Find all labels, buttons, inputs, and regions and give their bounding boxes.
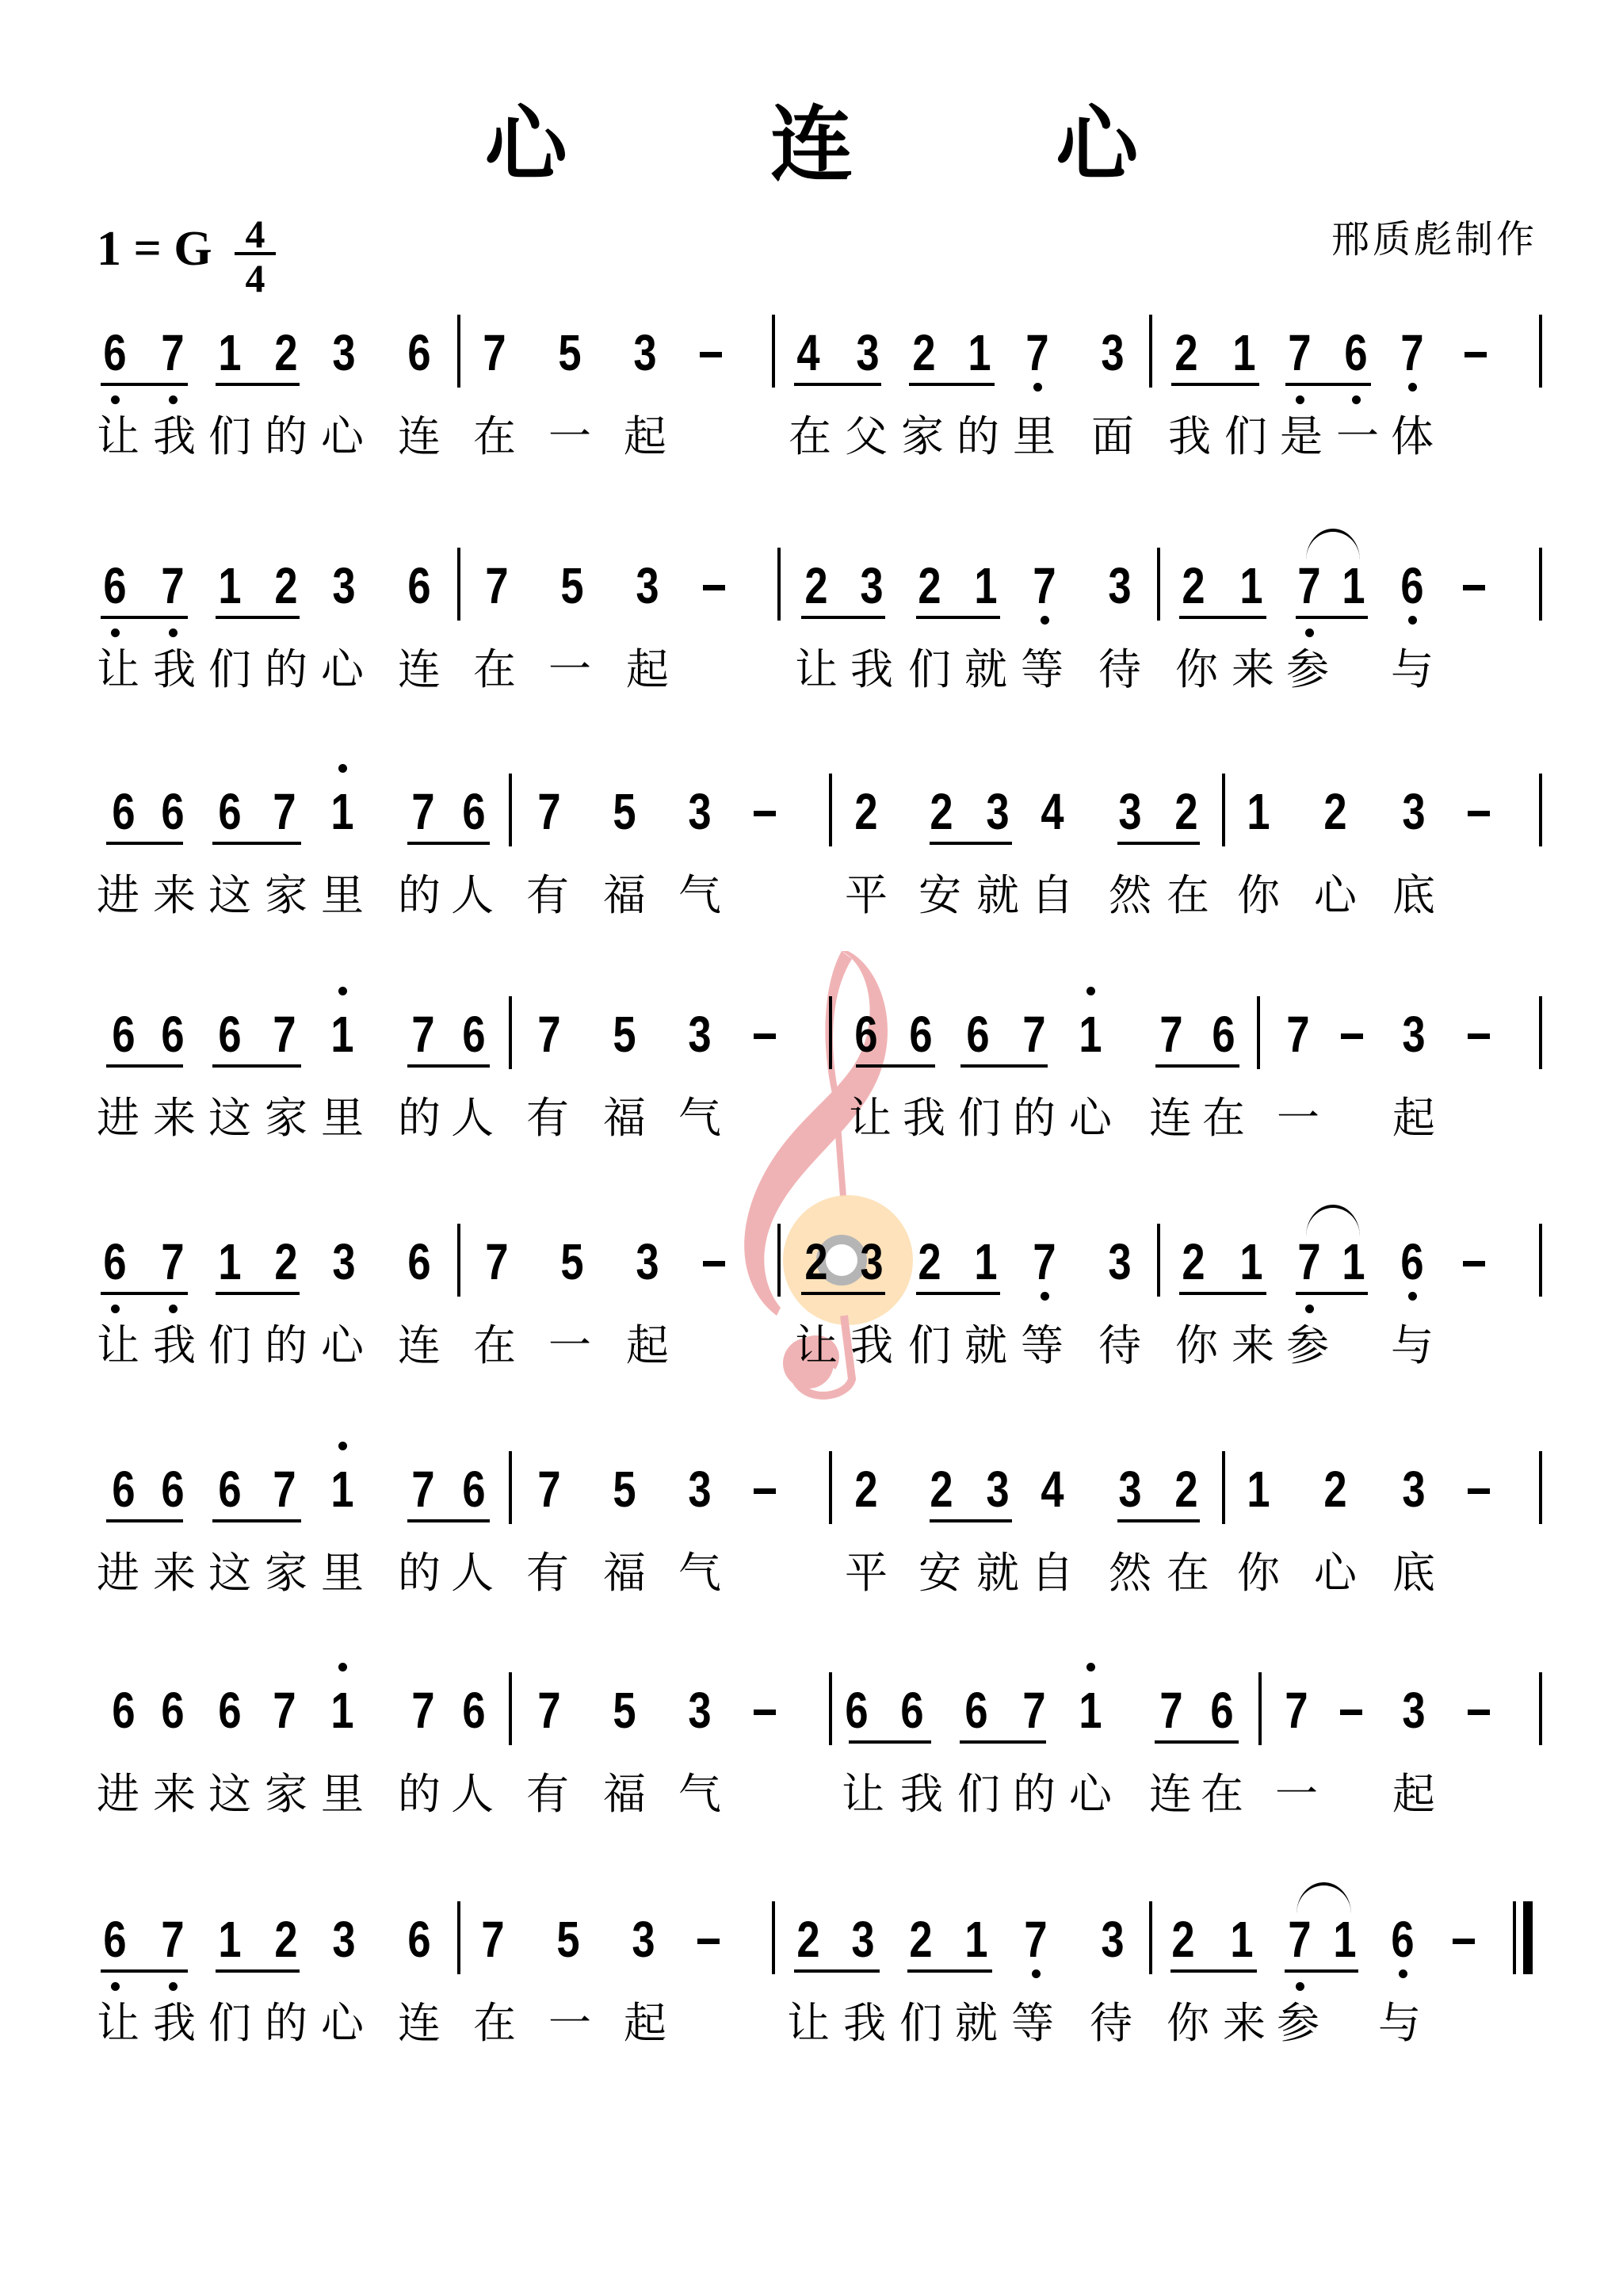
note: 6 bbox=[1202, 1685, 1241, 1736]
lyric-char: 来 bbox=[1229, 1322, 1277, 1370]
lyric-char: 就 bbox=[962, 1322, 1010, 1370]
barline bbox=[457, 315, 460, 388]
note: 3 bbox=[324, 560, 363, 611]
note: 6 bbox=[846, 1009, 885, 1060]
note: 2 bbox=[266, 327, 305, 378]
time-signature: 4 4 bbox=[235, 214, 276, 295]
eighth-note-underline bbox=[407, 1064, 490, 1068]
lyric-char: 起 bbox=[624, 646, 671, 693]
lyric-char: 参 bbox=[1274, 2000, 1322, 2047]
note: 6 bbox=[1204, 1009, 1243, 1060]
sustain-dash bbox=[754, 1488, 776, 1494]
lyric-char: 让 bbox=[94, 1322, 142, 1370]
lyric-char: 在 bbox=[471, 646, 518, 693]
lyric-char: 一 bbox=[546, 413, 594, 460]
final-barline-thick bbox=[1523, 1901, 1533, 1974]
note: 6 bbox=[892, 1685, 931, 1736]
octave-down-dot bbox=[1408, 383, 1417, 392]
note: 7 bbox=[265, 1464, 304, 1515]
lyric-char: 底 bbox=[1390, 1549, 1438, 1597]
octave-down-dot bbox=[1352, 395, 1361, 404]
final-barline-thin bbox=[1513, 1901, 1516, 1974]
note: 2 bbox=[266, 1914, 305, 1965]
note: 6 bbox=[153, 1009, 192, 1060]
eighth-note-underline bbox=[407, 842, 490, 845]
lyric-char: 这 bbox=[206, 872, 254, 919]
eighth-note-underline bbox=[907, 1969, 992, 1973]
note: 6 bbox=[95, 327, 134, 378]
lyric-char: 让 bbox=[94, 2000, 142, 2047]
note: 2 bbox=[1316, 786, 1354, 837]
lyric-char: 人 bbox=[449, 1771, 496, 1818]
lyric-char: 心 bbox=[319, 2000, 366, 2047]
note: 2 bbox=[901, 1914, 940, 1965]
lyric-char: 人 bbox=[449, 1095, 496, 1142]
lyric-char: 进 bbox=[94, 1771, 142, 1818]
time-signature-top: 4 bbox=[235, 214, 276, 250]
note: 7 bbox=[1018, 327, 1056, 378]
note: 3 bbox=[680, 1009, 719, 1060]
note: 6 bbox=[957, 1685, 995, 1736]
octave-down-dot bbox=[1408, 616, 1417, 625]
lyric-char: 在 bbox=[1198, 1771, 1246, 1818]
time-signature-bottom: 4 bbox=[235, 258, 276, 295]
octave-up-dot bbox=[338, 1663, 347, 1671]
lyric-char: 就 bbox=[974, 872, 1022, 919]
octave-down-dot bbox=[1041, 616, 1049, 625]
barline bbox=[1539, 315, 1542, 388]
note: 7 bbox=[529, 786, 568, 837]
note: 3 bbox=[624, 1914, 663, 1965]
lyric-char: 我 bbox=[900, 1095, 948, 1142]
octave-down-dot bbox=[169, 628, 178, 637]
octave-down-dot bbox=[1305, 1305, 1314, 1313]
sustain-dash bbox=[703, 1261, 725, 1266]
lyric-char: 我 bbox=[848, 646, 896, 693]
lyric-char: 家 bbox=[899, 413, 946, 460]
barline bbox=[829, 1451, 832, 1524]
lyric-char: 们 bbox=[206, 1322, 254, 1370]
octave-down-dot bbox=[1033, 383, 1042, 392]
lyric-char: 有 bbox=[524, 1771, 571, 1818]
octave-up-dot bbox=[338, 1442, 347, 1450]
octave-down-dot bbox=[169, 395, 178, 404]
eighth-note-underline bbox=[849, 1740, 931, 1744]
note: 6 bbox=[95, 560, 134, 611]
lyric-char: 福 bbox=[601, 872, 648, 919]
note: 6 bbox=[95, 1914, 134, 1965]
note: 6 bbox=[454, 786, 493, 837]
octave-down-dot bbox=[169, 1305, 178, 1313]
barline bbox=[1149, 315, 1152, 388]
eighth-note-underline bbox=[1296, 1292, 1368, 1295]
note: 5 bbox=[552, 1236, 591, 1287]
note: 6 bbox=[837, 1685, 876, 1736]
lyric-char: 们 bbox=[1222, 413, 1270, 460]
note: 3 bbox=[1394, 1464, 1433, 1515]
lyric-char: 心 bbox=[319, 646, 366, 693]
lyric-char: 起 bbox=[621, 2000, 669, 2047]
note: 7 bbox=[1280, 1914, 1319, 1965]
eighth-note-underline bbox=[930, 842, 1012, 845]
barline bbox=[829, 996, 832, 1069]
eighth-note-underline bbox=[1170, 1969, 1257, 1973]
lyric-char: 连 bbox=[395, 1322, 443, 1370]
lyric-char: 的 bbox=[1010, 1771, 1058, 1818]
note: 4 bbox=[789, 327, 827, 378]
octave-down-dot bbox=[1296, 395, 1304, 404]
lyric-char: 进 bbox=[94, 1549, 142, 1597]
lyric-char: 一 bbox=[1334, 413, 1381, 460]
lyric-char: 里 bbox=[319, 872, 366, 919]
lyric-char: 来 bbox=[151, 1771, 198, 1818]
note: 2 bbox=[1163, 1914, 1202, 1965]
eighth-note-underline bbox=[794, 383, 881, 386]
note: 2 bbox=[1167, 1464, 1205, 1515]
lyric-char: 的 bbox=[262, 413, 310, 460]
note: 7 bbox=[403, 1009, 442, 1060]
octave-down-dot bbox=[1041, 1292, 1049, 1301]
note: 2 bbox=[922, 1464, 960, 1515]
barline bbox=[1222, 1451, 1225, 1524]
lyric-char: 是 bbox=[1277, 413, 1325, 460]
note: 7 bbox=[1016, 1914, 1055, 1965]
lyric-char: 们 bbox=[206, 2000, 254, 2047]
note: 6 bbox=[399, 1236, 438, 1287]
note: 7 bbox=[1151, 1685, 1190, 1736]
lyric-char: 待 bbox=[1096, 1322, 1144, 1370]
note: 1 bbox=[1071, 1685, 1109, 1736]
eighth-note-underline bbox=[801, 1292, 885, 1295]
lyric-char: 我 bbox=[848, 1322, 896, 1370]
lyric-char: 有 bbox=[524, 1095, 571, 1142]
lyric-char: 们 bbox=[897, 2000, 945, 2047]
note: 1 bbox=[210, 327, 249, 378]
note: 7 bbox=[529, 1464, 568, 1515]
note: 7 bbox=[1014, 1685, 1053, 1736]
octave-down-dot bbox=[111, 628, 120, 637]
lyric-char: 来 bbox=[151, 1549, 198, 1597]
eighth-note-underline bbox=[216, 1292, 300, 1295]
lyric-char: 起 bbox=[624, 1322, 671, 1370]
note: 2 bbox=[1174, 560, 1212, 611]
eighth-note-underline bbox=[794, 1969, 880, 1973]
note: 7 bbox=[403, 1464, 442, 1515]
barline bbox=[772, 315, 775, 388]
note: 1 bbox=[1224, 327, 1263, 378]
octave-down-dot bbox=[1399, 1969, 1407, 1978]
barline bbox=[509, 1672, 512, 1745]
eighth-note-underline bbox=[101, 616, 188, 619]
note: 7 bbox=[153, 1236, 192, 1287]
eighth-note-underline bbox=[106, 1064, 183, 1068]
note: 4 bbox=[1033, 786, 1071, 837]
lyric-char: 里 bbox=[319, 1549, 366, 1597]
note: 1 bbox=[323, 1009, 361, 1060]
slur-arc bbox=[1296, 1882, 1351, 1914]
barline bbox=[457, 1901, 460, 1974]
note: 1 bbox=[323, 786, 361, 837]
octave-up-dot bbox=[338, 764, 347, 773]
eighth-note-underline bbox=[216, 616, 300, 619]
note: 5 bbox=[605, 1009, 643, 1060]
note: 1 bbox=[1232, 1236, 1270, 1287]
sustain-dash bbox=[1468, 811, 1490, 816]
note: 2 bbox=[1174, 1236, 1212, 1287]
note: 7 bbox=[473, 1914, 512, 1965]
lyric-char: 的 bbox=[262, 2000, 310, 2047]
slur-arc bbox=[1306, 1205, 1360, 1236]
note: 3 bbox=[324, 1236, 363, 1287]
lyric-char: 里 bbox=[1010, 413, 1058, 460]
sustain-dash bbox=[1465, 352, 1487, 357]
sustain-dash bbox=[700, 352, 722, 357]
lyric-char: 这 bbox=[206, 1549, 254, 1597]
lyric-char: 与 bbox=[1388, 1322, 1436, 1370]
lyric-char: 我 bbox=[151, 413, 198, 460]
lyric-char: 让 bbox=[792, 646, 840, 693]
lyric-char: 起 bbox=[1390, 1771, 1438, 1818]
eighth-note-underline bbox=[801, 616, 885, 619]
note: 2 bbox=[1167, 327, 1205, 378]
barline bbox=[509, 1451, 512, 1524]
lyric-char: 平 bbox=[842, 1549, 890, 1597]
octave-up-dot bbox=[1086, 1663, 1095, 1671]
eighth-note-underline bbox=[1155, 1740, 1239, 1744]
lyric-char: 福 bbox=[601, 1771, 648, 1818]
lyric-char: 与 bbox=[1376, 2000, 1423, 2047]
note: 5 bbox=[605, 1685, 643, 1736]
note: 1 bbox=[957, 1914, 995, 1965]
eighth-note-underline bbox=[212, 842, 301, 845]
note: 3 bbox=[852, 1236, 891, 1287]
octave-down-dot bbox=[111, 1305, 120, 1313]
lyric-char: 们 bbox=[906, 646, 953, 693]
barline bbox=[1539, 1672, 1542, 1745]
lyric-char: 在 bbox=[786, 413, 834, 460]
lyric-char: 平 bbox=[842, 872, 890, 919]
note: 6 bbox=[104, 1009, 143, 1060]
octave-down-dot bbox=[1296, 1982, 1304, 1991]
note: 3 bbox=[978, 1464, 1017, 1515]
lyric-char: 有 bbox=[524, 1549, 571, 1597]
lyric-char: 等 bbox=[1018, 646, 1066, 693]
note: 7 bbox=[1278, 1009, 1317, 1060]
lyric-char: 你 bbox=[1235, 872, 1282, 919]
sustain-dash bbox=[1463, 585, 1485, 590]
eighth-note-underline bbox=[1285, 1969, 1358, 1973]
note: 6 bbox=[1392, 1236, 1431, 1287]
note: 1 bbox=[323, 1685, 361, 1736]
sustain-dash bbox=[754, 811, 776, 816]
eighth-note-underline bbox=[909, 383, 995, 386]
lyric-char: 我 bbox=[898, 1771, 945, 1818]
lyric-char: 我 bbox=[841, 2000, 888, 2047]
note: 7 bbox=[477, 1236, 516, 1287]
eighth-note-underline bbox=[1296, 616, 1368, 619]
lyric-char: 气 bbox=[676, 872, 724, 919]
note: 5 bbox=[605, 1464, 643, 1515]
note: 6 bbox=[1383, 1914, 1422, 1965]
lyric-char: 体 bbox=[1388, 413, 1436, 460]
lyric-char: 我 bbox=[151, 2000, 198, 2047]
song-title: 心 连 心 bbox=[0, 103, 1623, 185]
eighth-note-underline bbox=[1155, 1064, 1239, 1068]
lyric-char: 有 bbox=[524, 872, 571, 919]
note: 7 bbox=[529, 1009, 568, 1060]
note: 2 bbox=[1316, 1464, 1354, 1515]
barline bbox=[1539, 774, 1542, 846]
lyric-char: 一 bbox=[546, 1322, 594, 1370]
barline bbox=[777, 548, 781, 621]
lyric-char: 然 bbox=[1106, 1549, 1154, 1597]
lyric-char: 起 bbox=[1390, 1095, 1438, 1142]
barline bbox=[829, 774, 832, 846]
note: 6 bbox=[153, 786, 192, 837]
lyric-char: 在 bbox=[471, 413, 518, 460]
sustain-dash bbox=[1463, 1261, 1485, 1266]
note: 6 bbox=[104, 1464, 143, 1515]
lyric-char: 们 bbox=[906, 1322, 953, 1370]
author-credit: 邢质彪制作 bbox=[1331, 220, 1537, 258]
sustain-dash bbox=[1340, 1710, 1362, 1715]
lyric-char: 在 bbox=[471, 1322, 518, 1370]
note: 6 bbox=[210, 1464, 249, 1515]
lyric-char: 来 bbox=[151, 872, 198, 919]
note: 1 bbox=[1071, 1009, 1109, 1060]
barline bbox=[1539, 1224, 1542, 1297]
lyric-char: 等 bbox=[1009, 2000, 1056, 2047]
note: 7 bbox=[475, 327, 514, 378]
lyric-char: 你 bbox=[1164, 2000, 1212, 2047]
octave-up-dot bbox=[338, 987, 347, 995]
note: 6 bbox=[153, 1464, 192, 1515]
eighth-note-underline bbox=[1179, 616, 1266, 619]
lyric-char: 心 bbox=[319, 413, 366, 460]
eighth-note-underline bbox=[106, 1519, 183, 1522]
note: 2 bbox=[910, 1236, 949, 1287]
barline bbox=[1539, 1451, 1542, 1524]
note: 2 bbox=[789, 1914, 827, 1965]
note: 5 bbox=[550, 327, 589, 378]
note: 6 bbox=[153, 1685, 192, 1736]
barline bbox=[1157, 548, 1160, 621]
note: 3 bbox=[324, 327, 363, 378]
lyric-char: 进 bbox=[94, 872, 142, 919]
note: 3 bbox=[628, 560, 666, 611]
note: 7 bbox=[1289, 1236, 1328, 1287]
barline bbox=[1539, 996, 1542, 1069]
lyric-char: 底 bbox=[1390, 872, 1438, 919]
eighth-note-underline bbox=[106, 842, 183, 845]
note: 7 bbox=[265, 786, 304, 837]
lyric-char: 连 bbox=[395, 646, 443, 693]
eighth-note-underline bbox=[101, 1969, 188, 1973]
slur-arc bbox=[1306, 529, 1360, 560]
note: 1 bbox=[1325, 1914, 1364, 1965]
barline bbox=[1157, 1224, 1160, 1297]
lyric-char: 就 bbox=[962, 646, 1010, 693]
lyric-char: 家 bbox=[262, 1771, 310, 1818]
note: 1 bbox=[1334, 560, 1373, 611]
note: 7 bbox=[1277, 1685, 1316, 1736]
octave-up-dot bbox=[1086, 987, 1095, 995]
lyric-char: 家 bbox=[262, 1095, 310, 1142]
barline bbox=[772, 1901, 775, 1974]
octave-down-dot bbox=[1305, 628, 1314, 637]
lyric-char: 连 bbox=[395, 413, 443, 460]
eighth-note-underline bbox=[212, 1064, 301, 1068]
lyric-char: 让 bbox=[839, 1771, 887, 1818]
note: 7 bbox=[1151, 1009, 1190, 1060]
lyric-char: 这 bbox=[206, 1771, 254, 1818]
note: 6 bbox=[901, 1009, 940, 1060]
note: 7 bbox=[1289, 560, 1328, 611]
octave-down-dot bbox=[111, 1982, 120, 1991]
lyric-char: 你 bbox=[1173, 646, 1220, 693]
note: 7 bbox=[477, 560, 516, 611]
lyric-char: 心 bbox=[1312, 872, 1359, 919]
lyric-char: 连 bbox=[1147, 1771, 1194, 1818]
barline bbox=[1222, 774, 1225, 846]
note: 2 bbox=[1167, 786, 1205, 837]
lyric-char: 我 bbox=[1166, 413, 1213, 460]
note: 6 bbox=[210, 1009, 249, 1060]
note: 7 bbox=[1392, 327, 1431, 378]
lyric-char: 的 bbox=[395, 1095, 443, 1142]
note: 6 bbox=[104, 1685, 143, 1736]
lyric-char: 自 bbox=[1029, 872, 1076, 919]
note: 1 bbox=[323, 1464, 361, 1515]
lyric-char: 我 bbox=[151, 1322, 198, 1370]
lyric-char: 们 bbox=[206, 646, 254, 693]
note: 1 bbox=[966, 560, 1005, 611]
lyric-char: 心 bbox=[319, 1322, 366, 1370]
note: 7 bbox=[153, 327, 192, 378]
note: 2 bbox=[846, 786, 885, 837]
lyric-char: 就 bbox=[974, 1549, 1022, 1597]
eighth-note-underline bbox=[1285, 383, 1371, 386]
note: 3 bbox=[852, 560, 891, 611]
eighth-note-underline bbox=[101, 383, 188, 386]
note: 7 bbox=[403, 1685, 442, 1736]
note: 1 bbox=[1232, 560, 1270, 611]
barline bbox=[1539, 548, 1542, 621]
lyric-char: 在 bbox=[471, 2000, 518, 2047]
lyric-char: 待 bbox=[1087, 2000, 1135, 2047]
eighth-note-underline bbox=[960, 1064, 1048, 1068]
lyric-char: 的 bbox=[395, 1771, 443, 1818]
lyric-char: 安 bbox=[916, 1549, 964, 1597]
note: 7 bbox=[1014, 1009, 1053, 1060]
sustain-dash bbox=[1468, 1710, 1490, 1715]
lyric-char: 人 bbox=[449, 1549, 496, 1597]
note: 6 bbox=[210, 1685, 249, 1736]
note: 2 bbox=[904, 327, 943, 378]
note: 7 bbox=[153, 560, 192, 611]
lyric-char: 一 bbox=[546, 646, 594, 693]
note: 7 bbox=[153, 1914, 192, 1965]
barline bbox=[457, 1224, 460, 1297]
eighth-note-underline bbox=[916, 616, 1000, 619]
lyric-char: 连 bbox=[1147, 1095, 1194, 1142]
lyric-char: 参 bbox=[1284, 1322, 1331, 1370]
lyric-char: 家 bbox=[262, 1549, 310, 1597]
lyric-char: 气 bbox=[676, 1549, 724, 1597]
barline bbox=[509, 774, 512, 846]
octave-down-dot bbox=[169, 1982, 178, 1991]
note: 7 bbox=[265, 1685, 304, 1736]
